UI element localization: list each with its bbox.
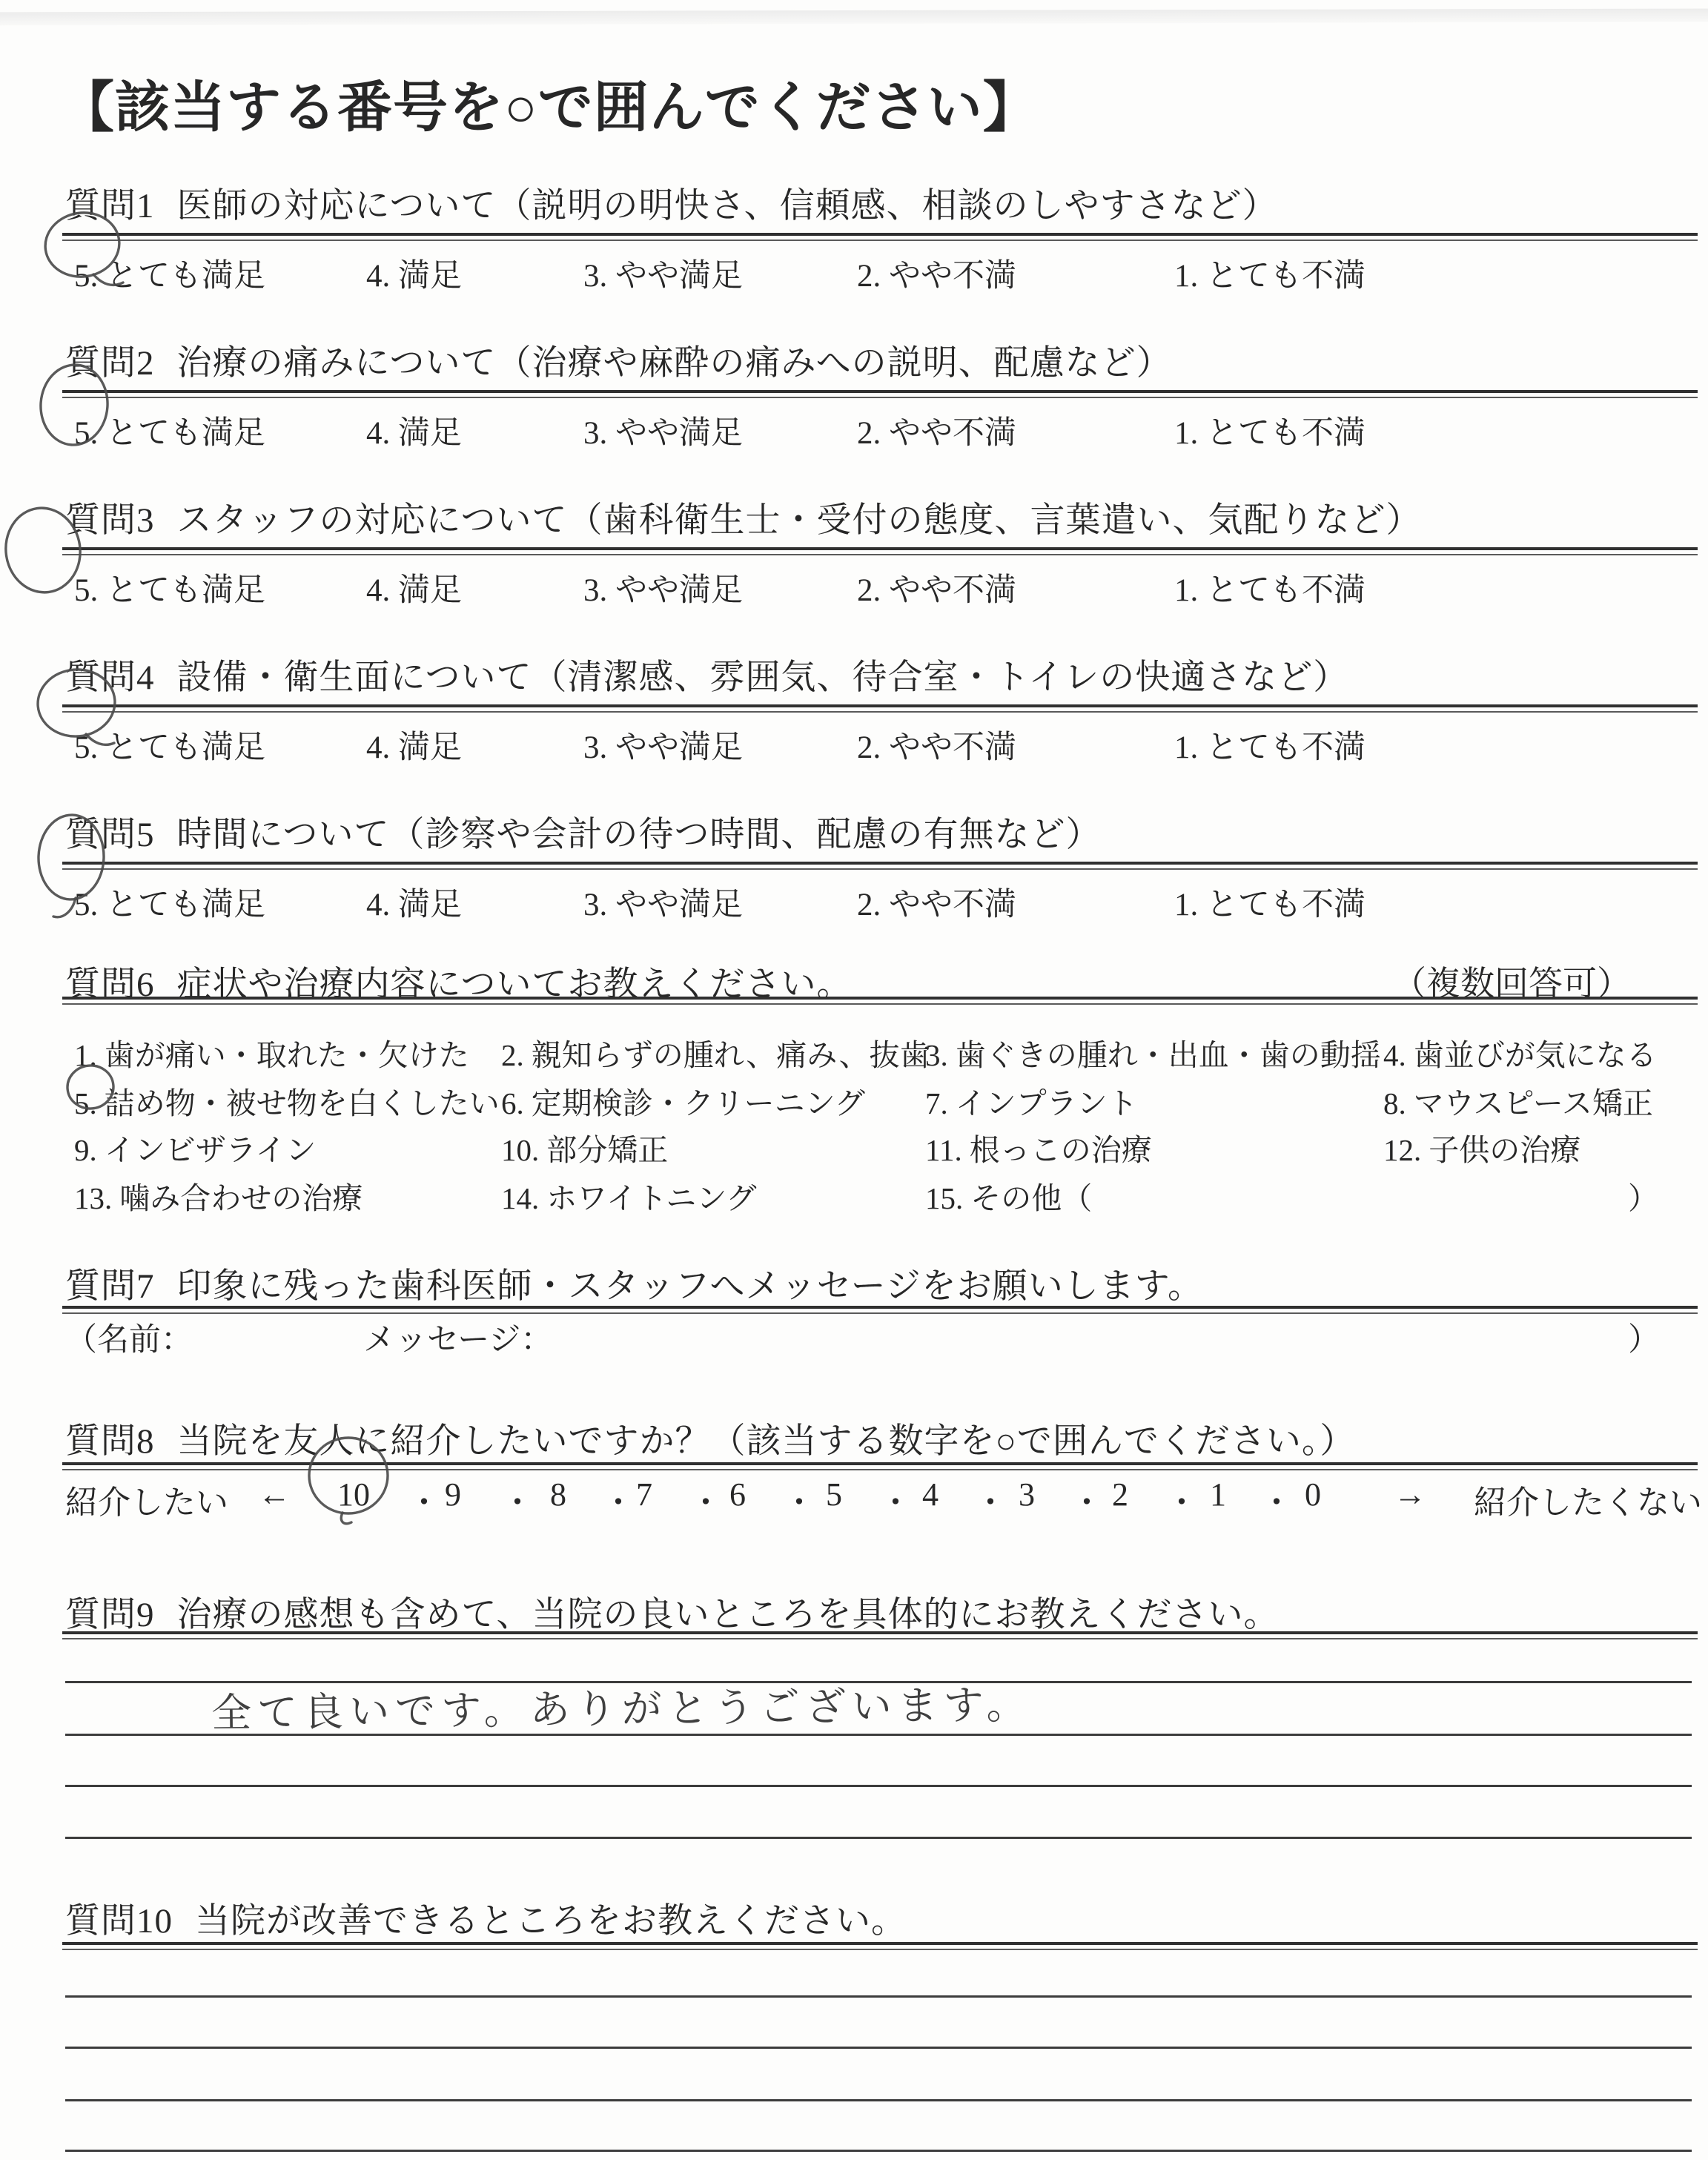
option-4-satisfied: 4. 満足	[366, 565, 462, 610]
question-9-title: 質問9治療の感想も含めて、当院の良いところを具体的にお教えください。	[65, 1587, 1280, 1636]
question-1-options: 5. とても満足 4. 満足 3. やや満足 2. やや不満 1. とても不満	[0, 251, 1708, 297]
dot-separator: ・	[1260, 1476, 1293, 1523]
option-4-satisfied: 4. 満足	[366, 722, 462, 767]
question-3-text: スタッフの対応について（歯科衛生士・受付の態度、言葉遣い、気配りなど）	[177, 501, 1422, 540]
handwritten-circle-q2-selected-5	[36, 362, 117, 452]
nps-4: 4	[922, 1476, 939, 1513]
divider-rule	[62, 1631, 1698, 1639]
option-4-satisfied: 4. 満足	[366, 879, 462, 925]
option-checkup-cleaning: 6.定期検診・クリーニング	[501, 1079, 865, 1123]
nps-8: 8	[550, 1476, 566, 1513]
question-4-options: 5. とても満足 4. 満足 3. やや満足 2. やや不満 1. とても不満	[0, 722, 1708, 768]
question-5-options: 5. とても満足 4. 満足 3. やや満足 2. やや不満 1. とても不満	[0, 879, 1708, 925]
question-1-title: 質問1医師の対応について（説明の明快さ、信頼感、相談のしやすさなど）	[65, 178, 1278, 228]
question-8-title: 質問8当院を友人に紹介したいですか？（該当する数字を○で囲んでください。）	[65, 1413, 1355, 1463]
closing-paren: ）	[1628, 1315, 1660, 1360]
option-whiten-fillings: 5.詰め物・被せ物を白くしたい	[74, 1079, 500, 1123]
page-title: 【該当する番号を○で囲んでください】	[59, 64, 1039, 142]
question-5-title: 質問5時間について（診察や会計の待つ時間、配慮の有無など）	[65, 807, 1102, 856]
option-1-very-dissatisfied: 1. とても不満	[1174, 879, 1366, 925]
option-1-very-dissatisfied: 1. とても不満	[1174, 565, 1366, 610]
question-9-text: 治療の感想も含めて、当院の良いところを具体的にお教えください。	[177, 1596, 1280, 1634]
question-4-title: 質問4設備・衛生面について（清潔感、雰囲気、待合室・トイレの快適さなど）	[65, 650, 1348, 699]
answer-line	[65, 2099, 1692, 2101]
option-whitening: 14.ホワイトニング	[501, 1174, 757, 1218]
handwritten-circle-q5-selected-5	[33, 810, 116, 922]
answer-line	[65, 2150, 1692, 2152]
question-6-row-1: 1.歯が痛い・取れた・欠けた 2.親知らずの腫れ、痛み、抜歯 3.歯ぐきの腫れ・…	[0, 1031, 1708, 1074]
nps-3: 3	[1019, 1476, 1035, 1513]
question-2-options: 5. とても満足 4. 満足 3. やや満足 2. やや不満 1. とても不満	[0, 408, 1708, 454]
option-root-treatment: 11.根っこの治療	[925, 1126, 1152, 1169]
question-9-number: 質問9	[65, 1596, 155, 1634]
option-5-very-satisfied: 5. とても満足	[74, 565, 265, 610]
option-2-somewhat-dissatisfied: 2. やや不満	[857, 565, 1016, 610]
divider-rule	[62, 547, 1698, 555]
option-implant: 7.インプラント	[925, 1079, 1138, 1123]
nps-5: 5	[826, 1476, 842, 1513]
question-2-text: 治療の痛みについて（治療や麻酔の痛みへの説明、配慮など）	[177, 344, 1172, 383]
question-6-row-2: 5.詰め物・被せ物を白くしたい 6.定期検診・クリーニング 7.インプラント 8…	[0, 1079, 1708, 1122]
option-partial-ortho: 10.部分矯正	[501, 1126, 668, 1169]
question-3-options: 5. とても満足 4. 満足 3. やや満足 2. やや不満 1. とても不満	[0, 565, 1708, 611]
handwritten-answer: 全て良いです。ありがとうございます。	[211, 1673, 1033, 1739]
handwritten-circle-q8-selected-10	[304, 1434, 397, 1532]
dot-separator: ・	[408, 1476, 440, 1523]
option-children-treatment: 12.子供の治療	[1383, 1126, 1580, 1169]
divider-rule	[62, 997, 1698, 1005]
nps-1: 1	[1210, 1476, 1226, 1513]
option-other-closing-paren: ）	[1628, 1174, 1658, 1218]
question-8-number: 質問8	[65, 1422, 155, 1461]
option-other: 15.その他（	[925, 1174, 1092, 1218]
option-4-satisfied: 4. 満足	[366, 408, 462, 453]
left-arrow-icon: ←	[258, 1476, 291, 1513]
handwritten-circle-q3-selected-5	[4, 504, 92, 599]
question-10-number: 質問10	[65, 1902, 173, 1941]
question-6-row-3: 9.インビザライン 10.部分矯正 11.根っこの治療 12.子供の治療	[0, 1126, 1708, 1169]
divider-rule	[62, 862, 1698, 870]
option-3-somewhat-satisfied: 3. やや満足	[583, 879, 743, 925]
handwritten-circle-q1-selected-5	[40, 208, 129, 291]
question-1-text: 医師の対応について（説明の明快さ、信頼感、相談のしやすさなど）	[177, 187, 1278, 225]
question-10-title: 質問10当院が改善できるところをお教えください。	[65, 1893, 907, 1943]
dot-separator: ・	[783, 1476, 815, 1523]
option-2-somewhat-dissatisfied: 2. やや不満	[857, 251, 1016, 296]
option-2-somewhat-dissatisfied: 2. やや不満	[857, 879, 1016, 925]
message-field-label: メッセージ：	[363, 1315, 552, 1360]
option-1-very-dissatisfied: 1. とても不満	[1174, 251, 1366, 296]
scan-artifact-band	[0, 9, 1708, 26]
option-teeth-alignment: 4.歯並びが気になる	[1383, 1031, 1657, 1074]
name-field-label: （名前：	[65, 1315, 193, 1360]
dot-separator: ・	[879, 1476, 912, 1523]
option-mouthpiece-ortho: 8.マウスピース矯正	[1383, 1079, 1653, 1123]
dot-separator: ・	[974, 1476, 1007, 1523]
question-7-title: 質問7印象に残った歯科医師・スタッフへメッセージをお願いします。	[65, 1258, 1203, 1308]
option-wisdom-tooth: 2.親知らずの腫れ、痛み、抜歯	[501, 1031, 930, 1074]
dot-separator: ・	[689, 1476, 722, 1523]
question-2-title: 質問2治療の痛みについて（治療や麻酔の痛みへの説明、配慮など）	[65, 335, 1172, 385]
option-4-satisfied: 4. 満足	[366, 251, 462, 296]
question-7-number: 質問7	[65, 1267, 155, 1306]
nps-6: 6	[729, 1476, 746, 1513]
question-6-row-4: 13.噛み合わせの治療 14.ホワイトニング 15.その他（ ）	[0, 1174, 1708, 1217]
question-7-answer-row: （名前： メッセージ： ）	[0, 1315, 1708, 1359]
dot-separator: ・	[1165, 1476, 1198, 1523]
divider-rule	[62, 704, 1698, 713]
answer-line	[65, 1837, 1692, 1839]
question-10-text: 当院が改善できるところをお教えください。	[195, 1902, 907, 1941]
nps-left-label: 紹介したい	[65, 1476, 228, 1523]
question-8-scale-row: 紹介したい ← 10 ・ 9 ・ 8 ・ 7 ・ 6 ・ 5 ・ 4 ・ 3 ・…	[0, 1476, 1708, 1520]
divider-rule	[62, 1942, 1698, 1950]
nps-7: 7	[636, 1476, 652, 1513]
option-2-somewhat-dissatisfied: 2. やや不満	[857, 722, 1016, 767]
answer-line	[65, 1995, 1692, 1998]
option-invisalign: 9.インビザライン	[74, 1126, 317, 1169]
handwritten-circle-q6-selected-5	[64, 1060, 120, 1117]
answer-line	[65, 2047, 1692, 2049]
answer-line	[65, 1785, 1692, 1787]
question-3-title: 質問3スタッフの対応について（歯科衛生士・受付の態度、言葉遣い、気配りなど）	[65, 492, 1422, 542]
option-3-somewhat-satisfied: 3. やや満足	[583, 722, 743, 767]
option-3-somewhat-satisfied: 3. やや満足	[583, 565, 743, 610]
option-tooth-pain: 1.歯が痛い・取れた・欠けた	[74, 1031, 469, 1074]
dot-separator: ・	[602, 1476, 635, 1523]
dot-separator: ・	[1070, 1476, 1103, 1523]
option-3-somewhat-satisfied: 3. やや満足	[583, 408, 743, 453]
option-2-somewhat-dissatisfied: 2. やや不満	[857, 408, 1016, 453]
question-7-text: 印象に残った歯科医師・スタッフへメッセージをお願いします。	[177, 1267, 1203, 1306]
divider-rule	[62, 233, 1698, 241]
right-arrow-icon: →	[1394, 1476, 1426, 1513]
question-4-text: 設備・衛生面について（清潔感、雰囲気、待合室・トイレの快適さなど）	[177, 658, 1349, 697]
nps-2: 2	[1112, 1476, 1128, 1513]
nps-9: 9	[445, 1476, 461, 1513]
divider-rule	[62, 1306, 1698, 1314]
nps-right-label: 紹介したくない	[1474, 1476, 1702, 1523]
option-1-very-dissatisfied: 1. とても不満	[1174, 722, 1366, 767]
nps-0: 0	[1305, 1476, 1321, 1513]
option-3-somewhat-satisfied: 3. やや満足	[583, 251, 743, 296]
survey-form-page: 【該当する番号を○で囲んでください】 質問1医師の対応について（説明の明快さ、信…	[0, 0, 1708, 2160]
handwritten-circle-q4-selected-5	[34, 666, 125, 750]
dot-separator: ・	[501, 1476, 534, 1523]
option-gum-swelling: 3.歯ぐきの腫れ・出血・歯の動揺	[925, 1031, 1381, 1074]
divider-rule	[62, 390, 1698, 398]
question-5-text: 時間について（診察や会計の待つ時間、配慮の有無など）	[177, 816, 1102, 854]
option-1-very-dissatisfied: 1. とても不満	[1174, 408, 1366, 453]
option-bite-treatment: 13.噛み合わせの治療	[74, 1174, 363, 1218]
